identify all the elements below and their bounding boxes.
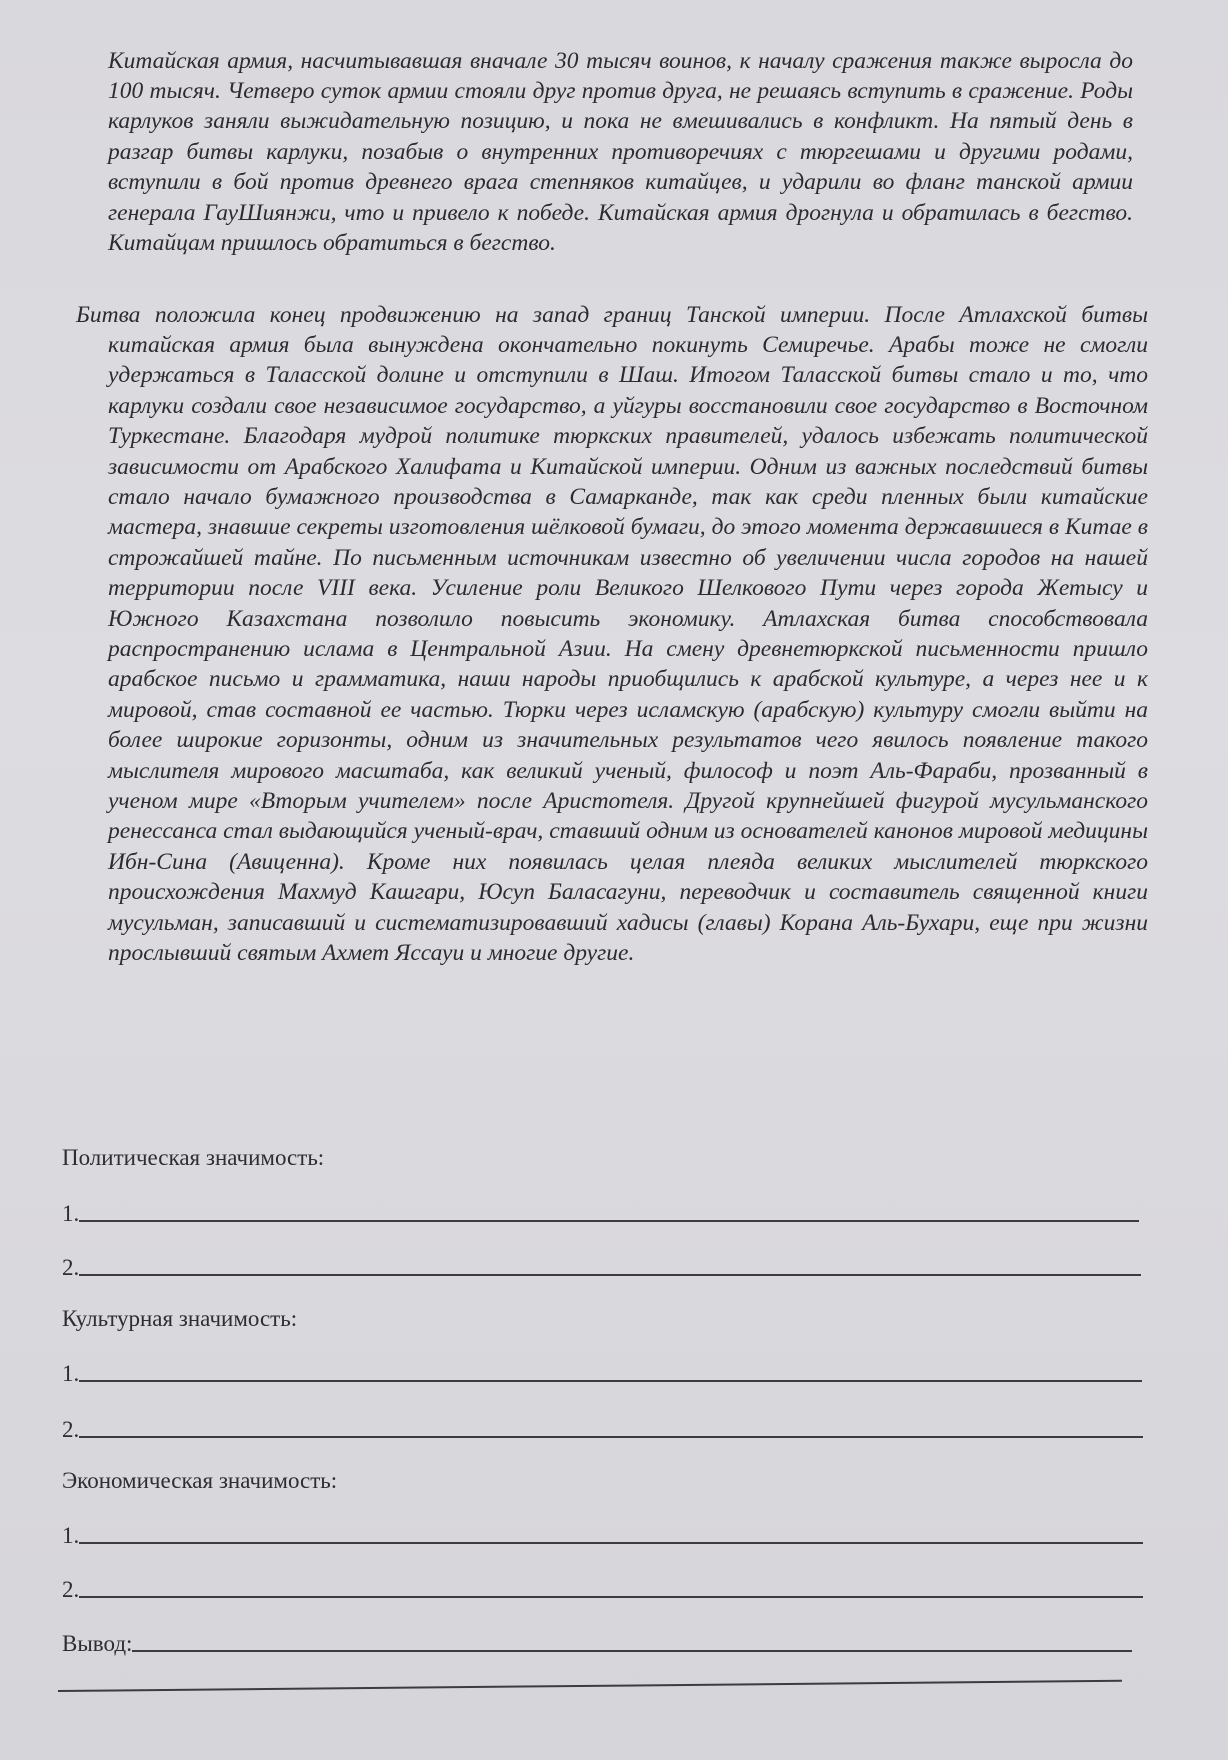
political-answer-1[interactable]: 1. — [62, 1196, 1139, 1226]
answer-number: 2. — [62, 1256, 79, 1280]
answer-number: 1. — [62, 1202, 79, 1226]
answer-number: 1. — [62, 1362, 79, 1386]
answer-blank-line[interactable] — [79, 1380, 1142, 1382]
conclusion-blank-line[interactable] — [132, 1650, 1132, 1652]
answer-blank-line[interactable] — [79, 1274, 1141, 1276]
conclusion-label: Вывод: — [62, 1632, 132, 1656]
political-significance-label: Политическая значимость: — [62, 1145, 324, 1171]
conclusion-row[interactable]: Вывод: — [62, 1626, 1132, 1656]
conclusion-extra-line[interactable] — [58, 1680, 1122, 1692]
economic-answer-2[interactable]: 2. — [62, 1572, 1143, 1602]
worksheet-page: Китайская армия, насчитывавшая вначале 3… — [0, 0, 1228, 1760]
answer-number: 2. — [62, 1418, 79, 1442]
answer-blank-line[interactable] — [79, 1436, 1143, 1438]
economic-answer-1[interactable]: 1. — [62, 1518, 1143, 1548]
cultural-significance-label: Культурная значимость: — [62, 1306, 297, 1332]
political-answer-2[interactable]: 2. — [62, 1250, 1141, 1280]
answer-blank-line[interactable] — [79, 1220, 1139, 1222]
economic-significance-label: Экономическая значимость: — [62, 1468, 337, 1494]
cultural-answer-1[interactable]: 1. — [62, 1356, 1142, 1386]
answer-blank-line[interactable] — [79, 1596, 1143, 1598]
answer-number: 2. — [62, 1578, 79, 1602]
answer-number: 1. — [62, 1524, 79, 1548]
answer-blank-line[interactable] — [79, 1542, 1143, 1544]
body-paragraph-2: Битва положила конец продвижению на запа… — [108, 300, 1148, 969]
body-paragraph-1: Китайская армия, насчитывавшая вначале 3… — [108, 46, 1133, 259]
cultural-answer-2[interactable]: 2. — [62, 1412, 1143, 1442]
